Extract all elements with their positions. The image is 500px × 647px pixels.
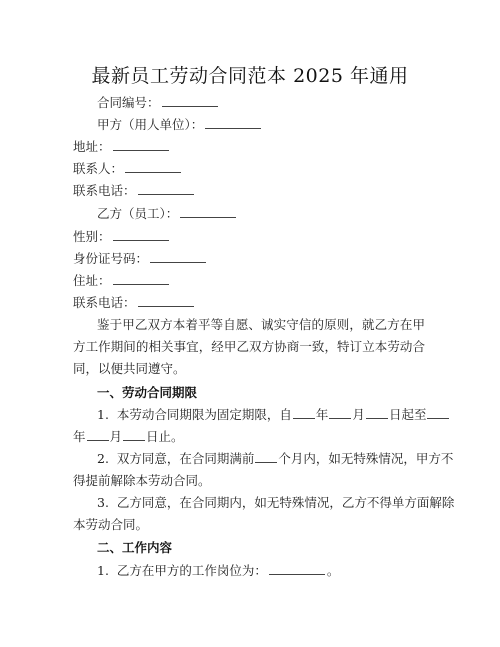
clause-text: 月 [110,429,123,444]
field-label: 身份证号码： [73,251,148,266]
document-page: 最新员工劳动合同范本 2025 年通用 合同编号： 甲方（用人单位）： 地址： … [0,0,500,647]
clause-1-2-continued: 得提前解除本劳动合同。 [73,473,211,489]
clause-text: 日止。 [146,429,184,444]
clause-text: 日起至 [389,407,427,422]
section-heading-contract-term: 一、劳动合同期限 [97,385,197,401]
fill-in-blank-months [255,451,277,463]
clause-text: 个月内，如无特殊情况，甲方不 [278,451,453,466]
clause-text: 年 [316,407,329,422]
clause-number: 2. [97,451,109,466]
clause-2-1: 1. 乙方在甲方的工作岗位为：。 [97,563,339,579]
field-party-b-gender: 性别： [73,229,171,245]
field-label: 联系电话： [73,295,136,310]
fill-in-blank-position [269,563,325,575]
fill-in-blank [113,273,169,285]
field-label: 住址： [73,273,111,288]
clause-text: 乙方在甲方的工作岗位为： [117,563,267,578]
fill-in-blank [125,161,181,173]
clause-1-3-continued: 本劳动合同。 [73,517,148,533]
field-label: 乙方（员工）： [97,206,178,221]
field-party-b: 乙方（员工）： [97,206,238,222]
fill-in-blank [113,139,169,151]
field-party-b-address: 住址： [73,273,171,289]
field-label: 联系人： [73,161,123,176]
fill-in-blank-month [329,407,351,419]
clause-1-3: 3. 乙方同意，在合同期内，如无特殊情况，乙方不得单方面解除 [97,495,454,511]
field-party-a-address: 地址： [73,139,171,155]
clause-text: 年 [73,429,86,444]
clause-text: 乙方同意，在合同期内，如无特殊情况，乙方不得单方面解除 [117,495,455,510]
preamble-paragraph: 鉴于甲乙双方本着平等自愿、诚实守信的原则，就乙方在甲方工作期间的相关事宜，经甲乙… [73,314,425,380]
clause-1-1-continued: 年月日止。 [73,429,184,445]
fill-in-blank-year [427,407,449,419]
clause-text: 。 [327,563,340,578]
section-heading-job-content: 二、工作内容 [97,540,172,556]
fill-in-blank-day [366,407,388,419]
fill-in-blank-month [87,429,109,441]
field-label: 合同编号： [97,95,160,110]
field-label: 甲方（用人单位）： [97,117,203,132]
field-party-a-phone: 联系电话： [73,183,196,199]
fill-in-blank-day [123,429,145,441]
fill-in-blank [150,251,206,263]
fill-in-blank [205,117,261,129]
clause-number: 1. [97,563,109,578]
document-title: 最新员工劳动合同范本 2025 年通用 [0,61,500,88]
clause-1-2: 2. 双方同意，在合同期满前个月内，如无特殊情况，甲方不 [97,451,453,467]
clause-text: 双方同意，在合同期满前 [117,451,255,466]
field-party-b-id-number: 身份证号码： [73,251,208,267]
fill-in-blank-year [293,407,315,419]
fill-in-blank [138,183,194,195]
field-label: 地址： [73,139,111,154]
field-party-b-phone: 联系电话： [73,295,196,311]
field-party-a: 甲方（用人单位）： [97,117,263,133]
clause-number: 1. [97,407,109,422]
fill-in-blank [138,295,194,307]
clause-1-1: 1. 本劳动合同期限为固定期限，自年月日起至 [97,407,450,423]
field-party-a-contact: 联系人： [73,161,183,177]
field-label: 联系电话： [73,183,136,198]
fill-in-blank [113,229,169,241]
field-contract-number: 合同编号： [97,95,220,111]
fill-in-blank [162,95,218,107]
clause-text: 本劳动合同期限为固定期限，自 [117,407,292,422]
clause-number: 3. [97,495,109,510]
field-label: 性别： [73,229,111,244]
fill-in-blank [180,206,236,218]
clause-text: 月 [352,407,365,422]
